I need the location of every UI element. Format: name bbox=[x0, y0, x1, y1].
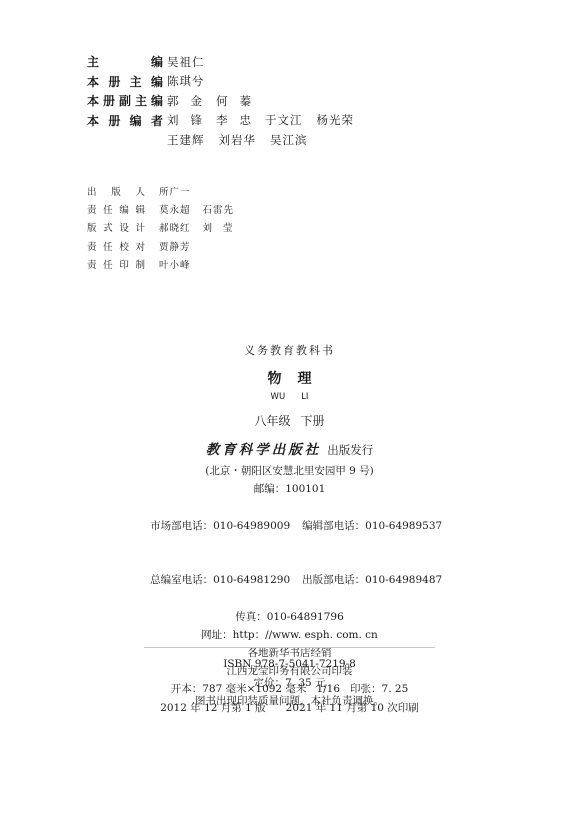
address: (北京・朝阳区安慧北里安园甲 9 号) bbox=[0, 462, 579, 480]
staff-label: 出 版 人 bbox=[87, 184, 145, 198]
staff-names: 所广一 bbox=[159, 184, 203, 198]
staff-names: 贾静芳 bbox=[159, 239, 203, 253]
editor-name: 王建辉 bbox=[167, 132, 205, 148]
editor-name: 杨光荣 bbox=[317, 112, 355, 128]
editor-names: 郭金 何蓁 bbox=[167, 93, 265, 109]
editor-name: 吴祖仁 bbox=[167, 54, 205, 70]
editor-names: 吴祖仁 bbox=[167, 54, 219, 70]
divider bbox=[144, 647, 435, 648]
staff-names: 叶小峰 bbox=[159, 257, 203, 271]
staff-label: 版 式 设 计 bbox=[87, 220, 145, 234]
book-title-pinyin: WULI bbox=[0, 392, 579, 402]
editor-names: 刘锋 李忠 于文江 杨光荣 bbox=[167, 112, 368, 128]
editor-name: 郭金 bbox=[167, 93, 214, 109]
editor-name: 何蓁 bbox=[216, 93, 263, 109]
phones-row-1: 市场部电话：010-64989009编辑部电话：010-64989537 bbox=[0, 498, 579, 553]
staff-names: 郝晓红 刘莹 bbox=[159, 220, 244, 234]
staff-row-printing: 责 任 印 制 叶小峰 bbox=[87, 255, 246, 273]
staff-row-proofreader: 责 任 校 对 贾静芳 bbox=[87, 237, 246, 255]
postcode: 邮编：100101 bbox=[0, 480, 579, 498]
editor-row-writers-cont: 王建辉 刘岩华 吴江滨 bbox=[87, 130, 368, 150]
phones-row-2: 总编室电话：010-64981290出版部电话：010-64989487 bbox=[0, 553, 579, 608]
staff-block: 出 版 人 所广一 责 任 编 辑 莫永超 石雷先 版 式 设 计 郝晓红 刘莹 bbox=[87, 182, 246, 273]
editors-block: 主 编 吴祖仁 本 册 主 编 陈琪兮 本 册 副 主 编 郭金 何蓁 bbox=[87, 52, 368, 150]
publisher-line: 教育科学出版社出版发行 bbox=[0, 438, 579, 458]
editor-name: 刘锋 bbox=[167, 112, 214, 128]
publisher-logo: 教育科学出版社 bbox=[206, 442, 322, 458]
editor-name: 刘岩华 bbox=[219, 132, 257, 148]
staff-names: 莫永超 石雷先 bbox=[159, 202, 246, 216]
editor-name: 于文江 bbox=[265, 112, 303, 128]
editor-row-deputy: 本 册 副 主 编 郭金 何蓁 bbox=[87, 91, 368, 111]
editor-name: 陈琪兮 bbox=[167, 73, 205, 89]
publisher-suffix: 出版发行 bbox=[327, 443, 373, 457]
editor-label: 主 编 bbox=[87, 53, 163, 70]
series-title: 义务教育教科书 bbox=[0, 342, 579, 358]
editor-label: 本 册 副 主 编 bbox=[87, 92, 163, 109]
editor-label: 本 册 编 者 bbox=[87, 112, 163, 129]
editor-row-writers: 本 册 编 者 刘锋 李忠 于文江 杨光荣 bbox=[87, 111, 368, 131]
website: 网址：http：//www. esph. com. cn bbox=[0, 626, 579, 644]
staff-row-layout: 版 式 设 计 郝晓红 刘莹 bbox=[87, 218, 246, 236]
fax: 传真：010-64891796 bbox=[0, 608, 579, 626]
isbn: ISBN 978-7-5041-7219-8 bbox=[0, 655, 579, 674]
staff-label: 责 任 校 对 bbox=[87, 239, 145, 253]
editor-names: 陈琪兮 bbox=[167, 73, 219, 89]
editor-row-chief: 主 编 吴祖仁 bbox=[87, 52, 368, 72]
staff-row-editor: 责 任 编 辑 莫永超 石雷先 bbox=[87, 200, 246, 218]
editor-names: 王建辉 刘岩华 吴江滨 bbox=[167, 132, 322, 148]
staff-label: 责 任 编 辑 bbox=[87, 202, 145, 216]
staff-row-publisher: 出 版 人 所广一 bbox=[87, 182, 246, 200]
book-title: 物理 bbox=[0, 368, 579, 388]
grade-volume: 八年级下册 bbox=[0, 412, 579, 429]
staff-label: 责 任 印 制 bbox=[87, 257, 145, 271]
quality-notice: 图书出现印装质量问题，本社负责调换。 bbox=[0, 692, 579, 711]
editor-name: 吴江滨 bbox=[270, 132, 308, 148]
editor-name: 李忠 bbox=[216, 112, 263, 128]
editor-label: 本 册 主 编 bbox=[87, 73, 163, 90]
footer-block: ISBN 978-7-5041-7219-8 定价：7. 35 元 图书出现印装… bbox=[0, 655, 579, 711]
editor-row-volume-chief: 本 册 主 编 陈琪兮 bbox=[87, 72, 368, 92]
price: 定价：7. 35 元 bbox=[0, 674, 579, 693]
